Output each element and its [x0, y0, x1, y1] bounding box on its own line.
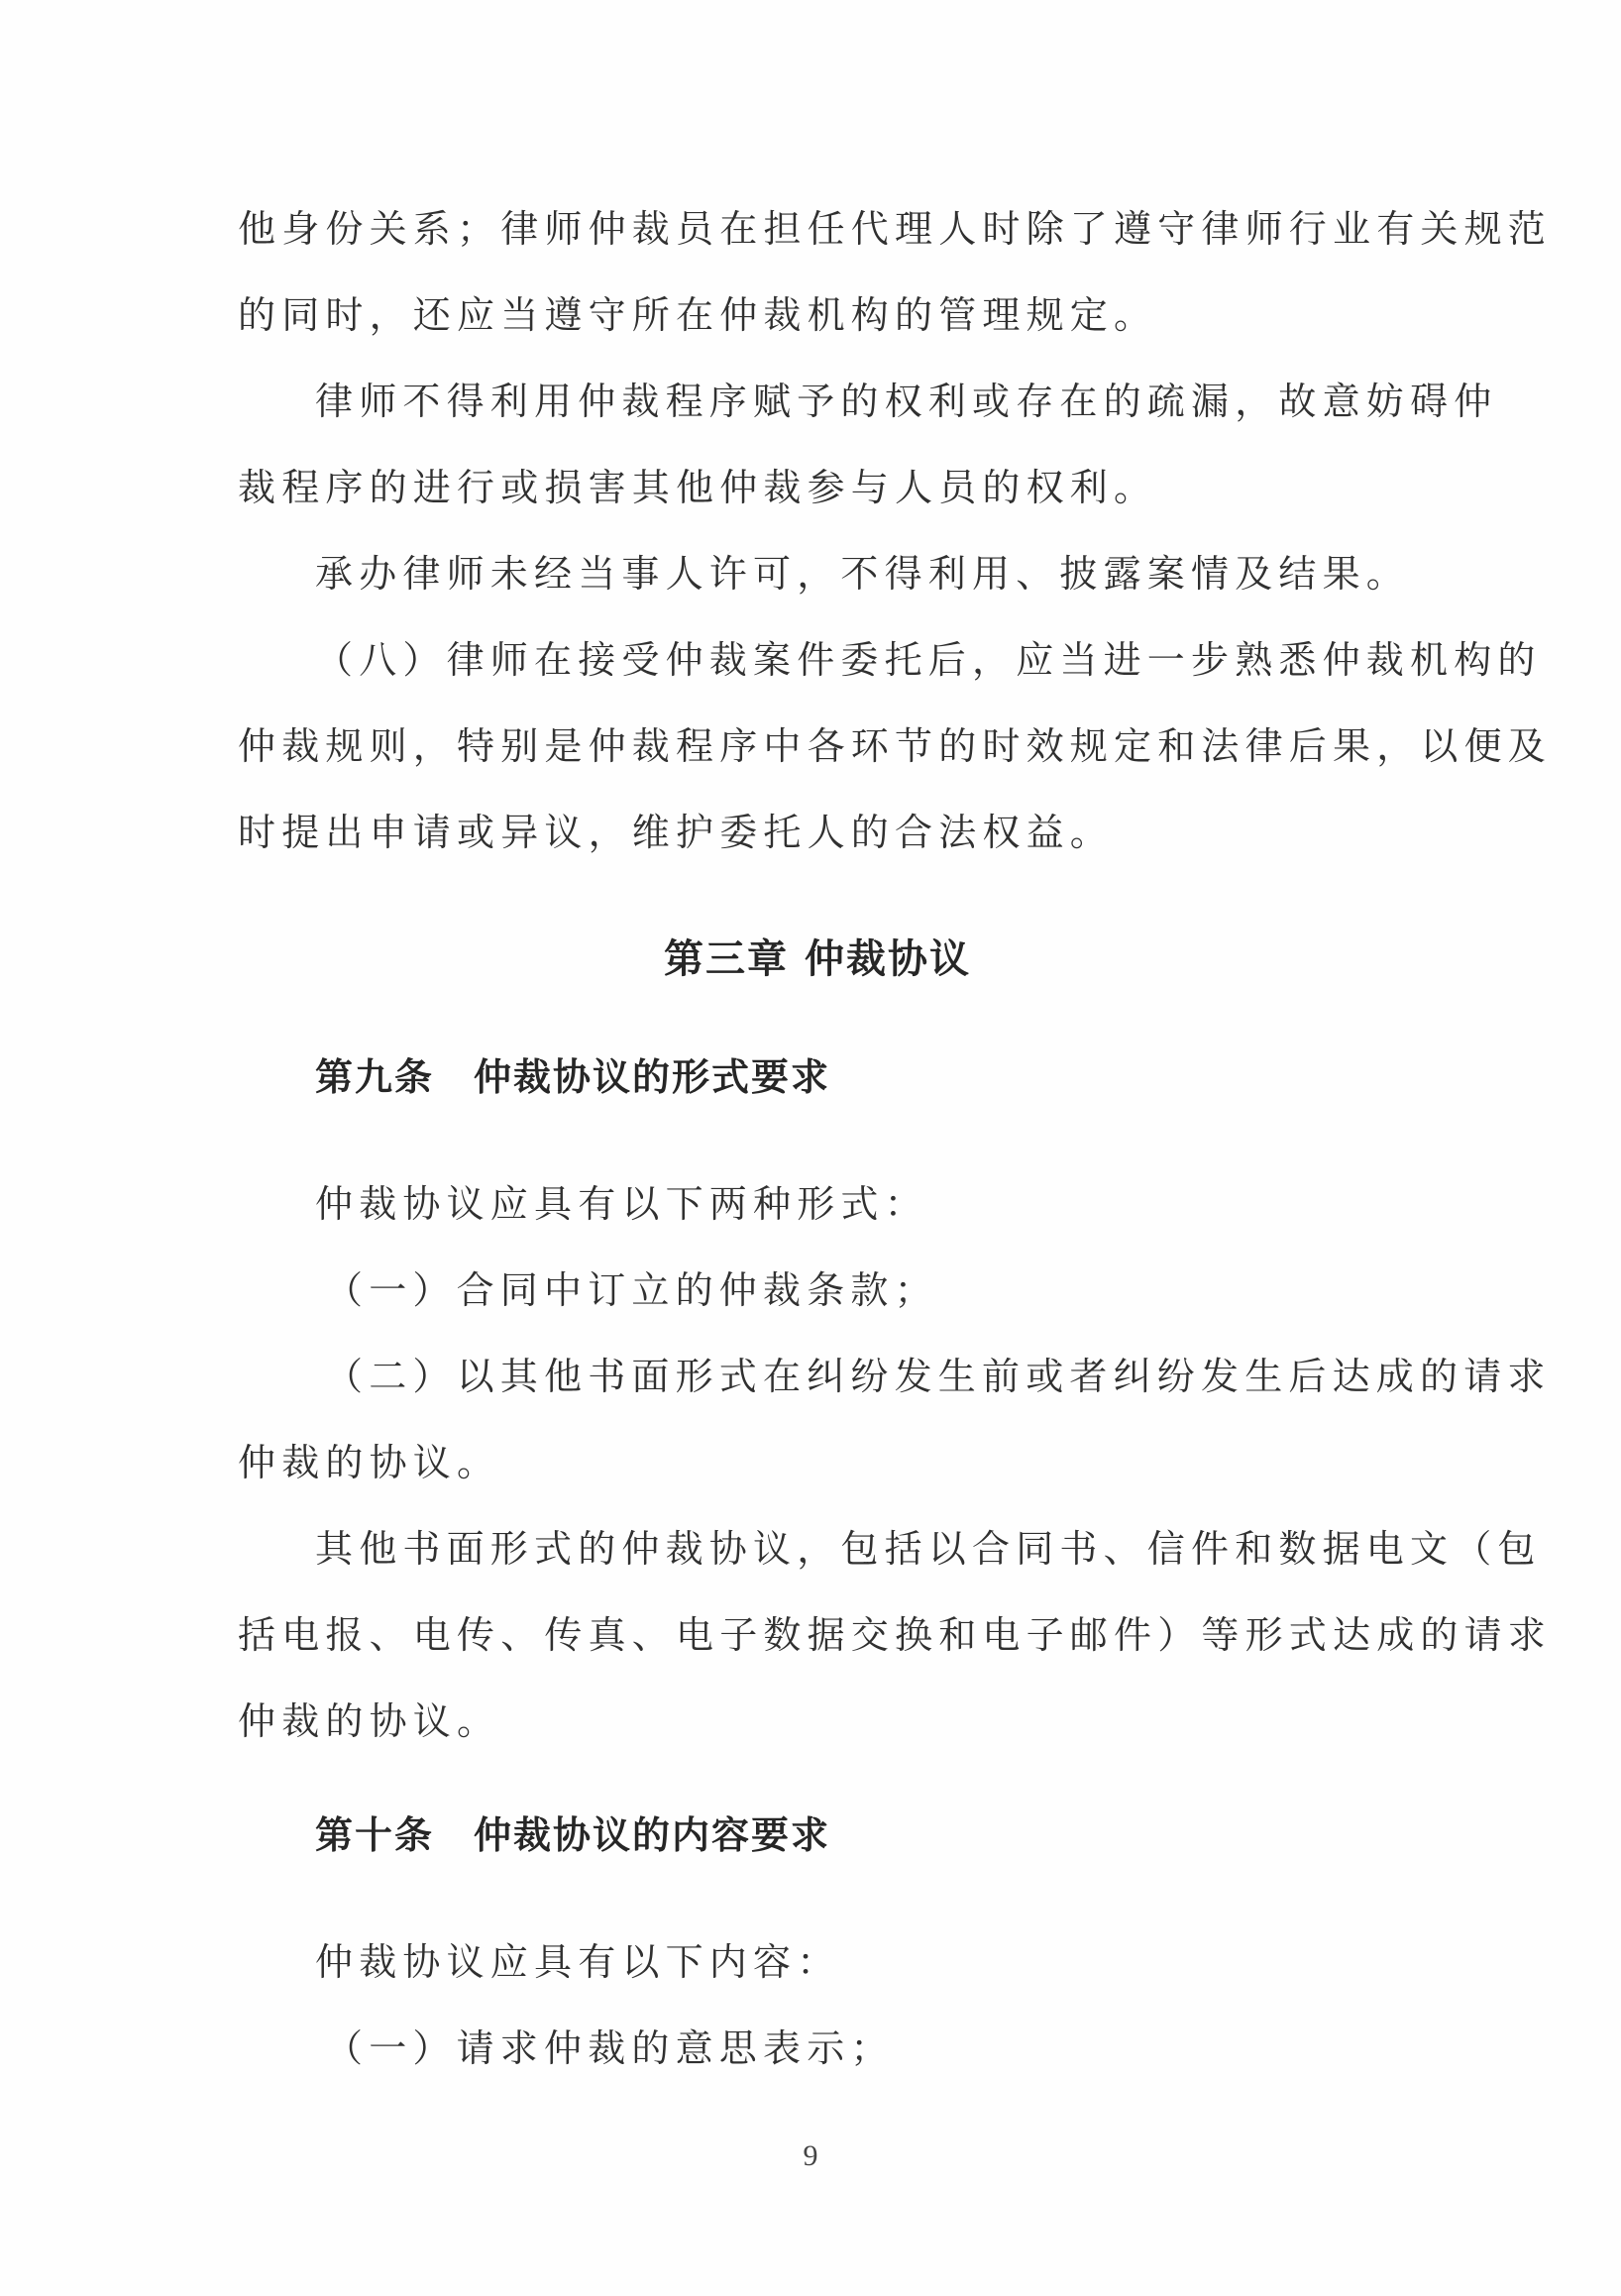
article-10-title: 第十条 仲裁协议的内容要求	[315, 1810, 830, 1860]
article-9-title: 第九条 仲裁协议的形式要求	[315, 1052, 830, 1102]
paragraph-line: 的同时，还应当遵守所在仲裁机构的管理规定。	[238, 290, 1387, 340]
paragraph-line: （八）律师在接受仲裁案件委托后，应当进一步熟悉仲裁机构的	[315, 635, 1464, 685]
paragraph-line: 仲裁的协议。	[238, 1696, 1387, 1746]
paragraph-line: 律师不得利用仲裁程序赋予的权利或存在的疏漏，故意妨碍仲	[315, 377, 1464, 426]
paragraph-line: 时提出申请或异议，维护委托人的合法权益。	[238, 808, 1387, 857]
paragraph-line: 仲裁的协议。	[238, 1438, 1387, 1487]
chapter-title: 第三章 仲裁协议	[0, 934, 1621, 984]
list-item: （一）请求仲裁的意思表示；	[325, 2023, 1474, 2073]
list-item: （一）合同中订立的仲裁条款；	[325, 1265, 1474, 1315]
page-number: 9	[0, 2136, 1621, 2176]
document-page: 他身份关系；律师仲裁员在担任代理人时除了遵守律师行业有关规范 的同时，还应当遵守…	[0, 0, 1621, 2296]
paragraph-line: 仲裁规则，特别是仲裁程序中各环节的时效规定和法律后果，以便及	[238, 721, 1387, 771]
paragraph-line: 仲裁协议应具有以下两种形式：	[315, 1179, 1464, 1229]
paragraph-line: 其他书面形式的仲裁协议，包括以合同书、信件和数据电文（包	[315, 1524, 1464, 1574]
list-item: （二）以其他书面形式在纠纷发生前或者纠纷发生后达成的请求	[325, 1352, 1474, 1401]
paragraph-line: 仲裁协议应具有以下内容：	[315, 1937, 1464, 1987]
paragraph-line: 裁程序的进行或损害其他仲裁参与人员的权利。	[238, 463, 1387, 512]
paragraph-line: 括电报、电传、传真、电子数据交换和电子邮件）等形式达成的请求	[238, 1610, 1387, 1660]
paragraph-line: 承办律师未经当事人许可，不得利用、披露案情及结果。	[315, 549, 1464, 599]
paragraph-line: 他身份关系；律师仲裁员在担任代理人时除了遵守律师行业有关规范	[238, 204, 1387, 254]
